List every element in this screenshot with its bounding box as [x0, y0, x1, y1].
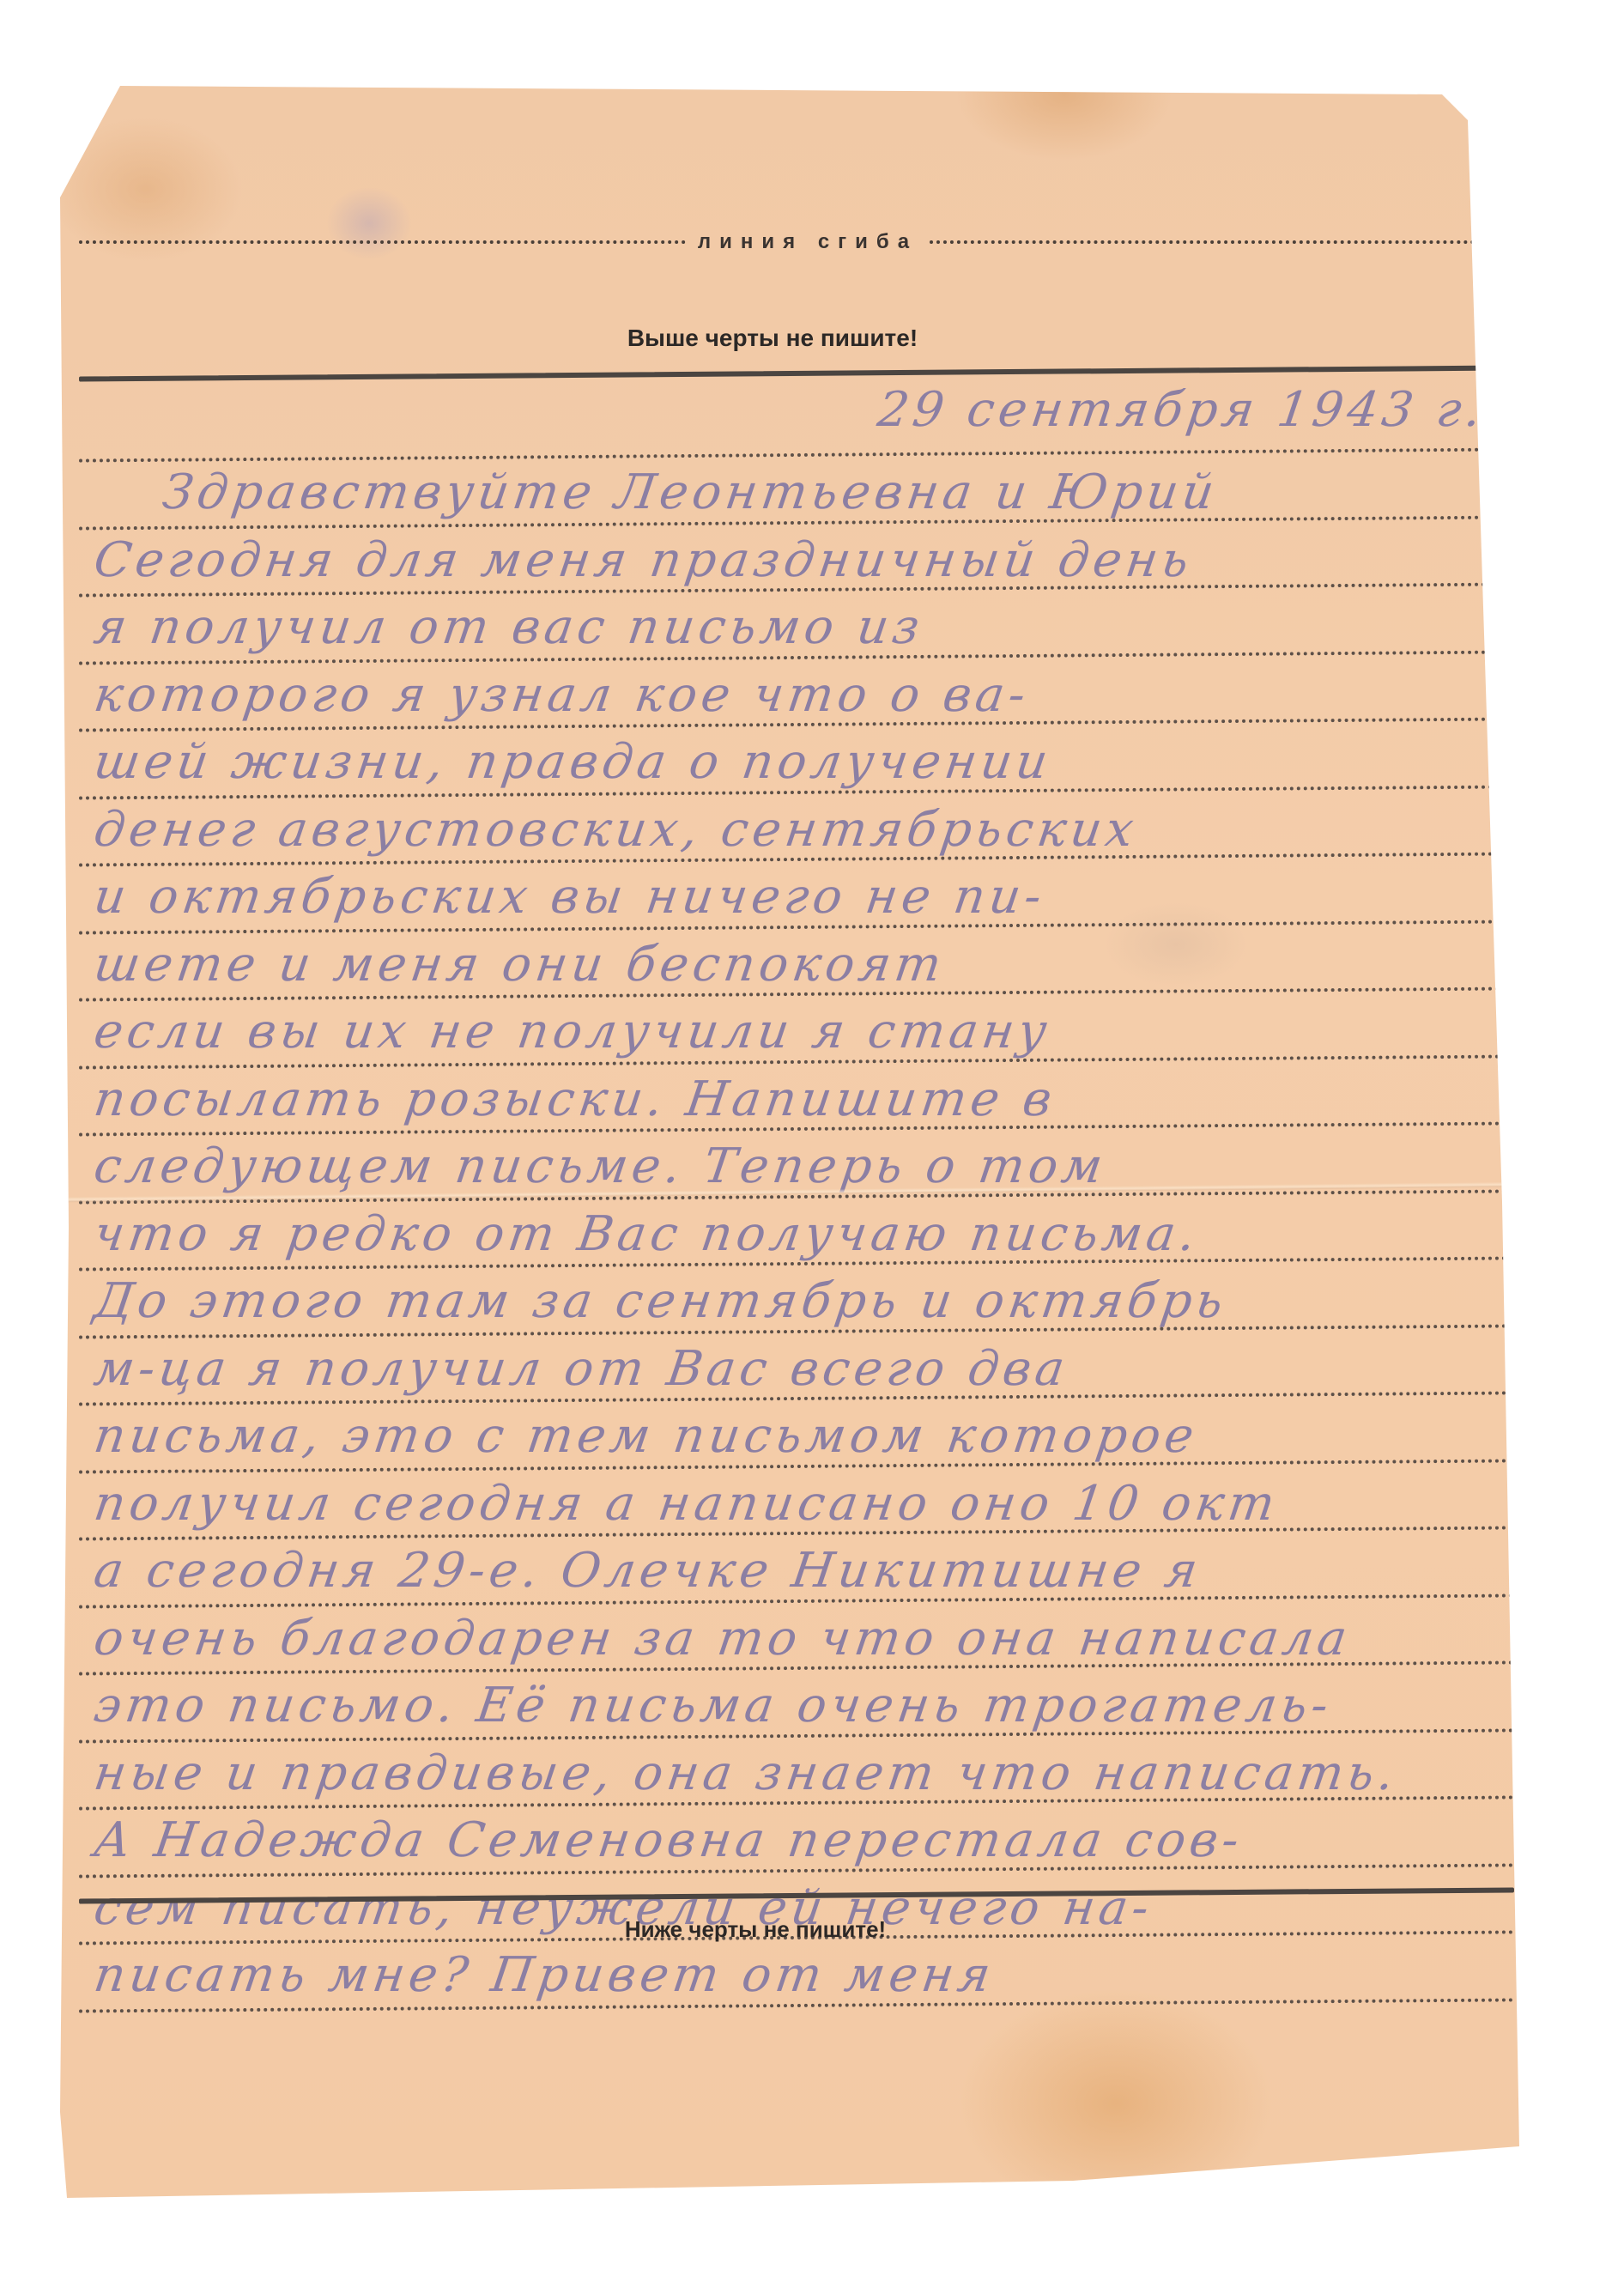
- fold-dotted-left: [79, 240, 686, 244]
- top-notice: Выше черты не пишите!: [9, 325, 1536, 352]
- fold-line: линия сгиба: [60, 230, 1588, 254]
- handwritten-line: ные и правдивые, она знает что написать.: [91, 1750, 1506, 1798]
- dotted-rule: [79, 447, 1514, 462]
- handwritten-line: Здравствуйте Леонтьевна и Юрий: [160, 469, 1574, 517]
- fold-dotted-right: [930, 240, 1536, 244]
- handwritten-line: Сегодня для меня праздничный день: [91, 537, 1506, 585]
- bottom-notice: Ниже черты не пишите!: [0, 1916, 1519, 1943]
- handwritten-line: если вы их не получили я стану: [91, 1008, 1506, 1056]
- letter-date: 29 сентября 1943 г.: [875, 386, 1488, 434]
- handwritten-line: денег августовских, сентябрьских: [91, 806, 1506, 854]
- handwritten-line: а сегодня 29-е. Олечке Никитишне я: [91, 1547, 1506, 1595]
- handwritten-line: это письмо. Её письма очень трогатель-: [91, 1682, 1506, 1730]
- handwritten-line: писать мне? Привет от меня: [91, 1951, 1506, 2000]
- top-rule: [79, 365, 1514, 381]
- fold-line-label: линия сгиба: [686, 230, 930, 254]
- handwritten-line: которого я узнал кое что о ва-: [91, 671, 1506, 719]
- handwritten-line: До этого там за сентябрь и октябрь: [91, 1278, 1506, 1326]
- handwritten-line: шете и меня они беспокоят: [91, 941, 1506, 989]
- handwritten-line: что я редко от Вас получаю письма.: [91, 1211, 1506, 1259]
- handwritten-line: письма, это с тем письмом которое: [91, 1412, 1506, 1460]
- handwritten-line: я получил от вас письмо из: [91, 604, 1506, 652]
- handwritten-line: А Надежда Семеновна перестала сов-: [91, 1817, 1506, 1865]
- handwritten-line: и октябрьских вы ничего не пи-: [91, 873, 1506, 921]
- letter-sheet: линия сгиба Выше черты не пишите! 29 сен…: [60, 86, 1588, 2198]
- handwritten-line: м-ца я получил от Вас всего два: [91, 1345, 1506, 1393]
- handwritten-line: шей жизни, правда о получении: [91, 738, 1506, 786]
- handwritten-line: очень благодарен за то что она написала: [91, 1615, 1506, 1663]
- handwritten-line: получил сегодня а написано оно 10 окт: [91, 1480, 1506, 1528]
- handwritten-line: посылать розыски. Напишите в: [91, 1076, 1506, 1124]
